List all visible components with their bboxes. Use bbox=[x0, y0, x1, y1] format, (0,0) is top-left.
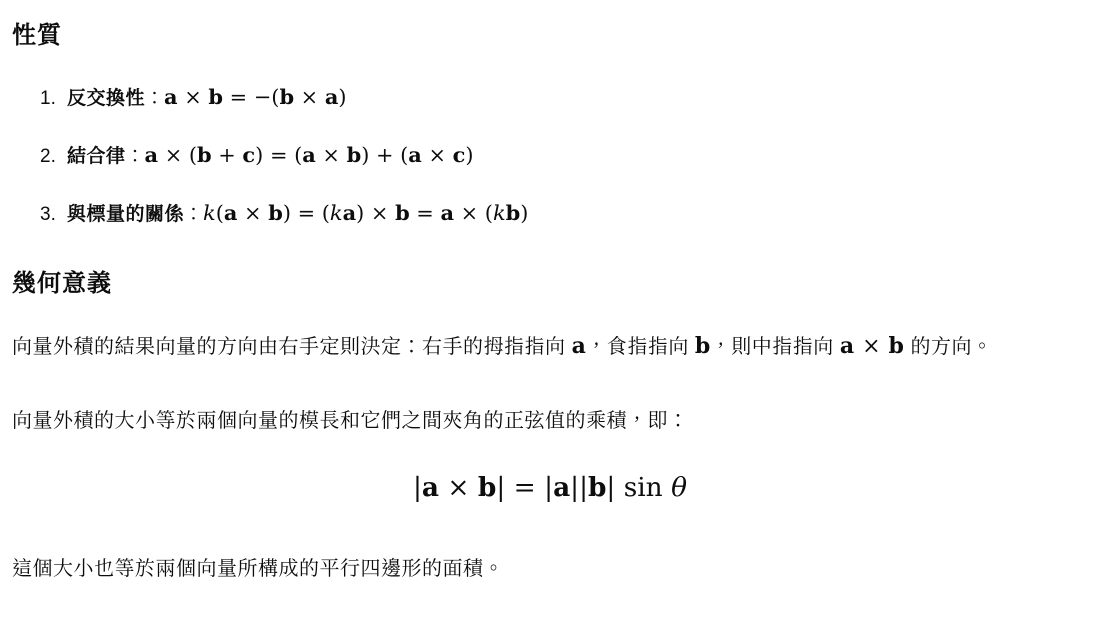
text-segment: ) = ( bbox=[283, 201, 330, 225]
text-segment: a bbox=[145, 142, 159, 167]
document-content: 性質 1. 反交換性：a × b = −(b × a) 2. 結合律：a × (… bbox=[0, 0, 1098, 614]
text-segment: a bbox=[553, 472, 570, 503]
formula-cross-product-magnitude: |a × b| = |a||b| sin θ bbox=[12, 472, 1088, 506]
text-segment: a bbox=[422, 472, 439, 503]
text-segment: b bbox=[279, 84, 294, 109]
text-segment: b bbox=[506, 200, 521, 225]
text-segment: θ bbox=[671, 472, 687, 503]
list-item-scalar-relation: 3. 與標量的關係：k(a × b) = (ka) × b = a × (kb) bbox=[12, 200, 1088, 230]
text-segment: a bbox=[164, 84, 178, 109]
list-item-colon: ： bbox=[126, 146, 145, 167]
math-formula-scalar-relation: k(a × b) = (ka) × b = a × (kb) bbox=[203, 204, 528, 225]
paragraph-magnitude: 向量外積的大小等於兩個向量的模長和它們之間夾角的正弦值的乘積，即： bbox=[12, 400, 1088, 442]
text-segment: + bbox=[212, 143, 243, 167]
list-item-number: 2. bbox=[40, 142, 56, 172]
list-item-label: 結合律 bbox=[67, 146, 126, 167]
list-item-colon: ： bbox=[145, 88, 164, 109]
text-segment: | bbox=[413, 472, 422, 503]
list-item-distributivity: 2. 結合律：a × (b + c) = (a × b) + (a × c) bbox=[12, 142, 1088, 172]
text-segment: a bbox=[302, 142, 316, 167]
text-segment: ) × bbox=[356, 201, 395, 225]
text-segment: a bbox=[343, 200, 357, 225]
text-segment: c bbox=[242, 142, 255, 167]
list-item-number: 3. bbox=[40, 200, 56, 230]
text-segment: ) = ( bbox=[255, 143, 302, 167]
math-formula-anticommutativity: a × b = −(b × a) bbox=[164, 88, 347, 109]
list-item-label: 與標量的關係 bbox=[67, 204, 184, 225]
text-segment: b bbox=[347, 142, 362, 167]
text-segment: × ( bbox=[454, 201, 493, 225]
text-segment: × bbox=[178, 85, 209, 109]
list-item-label: 反交換性 bbox=[67, 88, 145, 109]
text-segment: = −( bbox=[223, 85, 279, 109]
text-segment: ，則中指指向 bbox=[711, 336, 840, 358]
text-segment: 的方向。 bbox=[904, 336, 992, 358]
text-segment: ( bbox=[216, 201, 224, 225]
text-segment: × bbox=[316, 143, 347, 167]
document-page: { "colors": { "text": "#0d0d0d", "backgr… bbox=[0, 0, 1098, 639]
text-segment: b bbox=[268, 200, 283, 225]
list-item-number: 1. bbox=[40, 84, 56, 114]
list-item-colon: ： bbox=[184, 204, 203, 225]
text-segment: a bbox=[224, 200, 238, 225]
text-segment: k bbox=[330, 201, 343, 225]
text-segment: a bbox=[325, 84, 339, 109]
text-segment: b bbox=[478, 472, 496, 503]
text-segment: × bbox=[855, 334, 889, 359]
math-formula-distributivity: a × (b + c) = (a × b) + (a × c) bbox=[145, 146, 474, 167]
text-segment: b bbox=[695, 333, 711, 359]
list-item-anticommutativity: 1. 反交換性：a × b = −(b × a) bbox=[12, 84, 1088, 114]
text-segment: | = | bbox=[496, 472, 553, 503]
text-segment: a bbox=[572, 333, 587, 359]
text-segment: a bbox=[408, 142, 422, 167]
text-segment: × ( bbox=[158, 143, 197, 167]
text-segment: × bbox=[237, 201, 268, 225]
text-segment: = bbox=[410, 201, 441, 225]
text-segment: b bbox=[395, 200, 410, 225]
text-segment: ) bbox=[338, 85, 346, 109]
text-segment: a bbox=[440, 200, 454, 225]
text-segment: × bbox=[294, 85, 325, 109]
text-segment: ) bbox=[465, 143, 473, 167]
text-segment: | sin bbox=[606, 472, 671, 503]
section-heading-geometry: 幾何意義 bbox=[12, 268, 1088, 300]
text-segment: ) + ( bbox=[361, 143, 408, 167]
text-segment: 向量外積的結果向量的方向由右手定則決定：右手的拇指指向 bbox=[12, 336, 572, 358]
text-segment: k bbox=[493, 201, 506, 225]
paragraph-right-hand-rule: 向量外積的結果向量的方向由右手定則決定：右手的拇指指向 a，食指指向 b，則中指… bbox=[12, 326, 1088, 368]
text-segment: b bbox=[197, 142, 212, 167]
paragraph-parallelogram: 這個大小也等於兩個向量所構成的平行四邊形的面積。 bbox=[12, 548, 1088, 590]
text-segment: a bbox=[840, 333, 855, 359]
text-segment: b bbox=[889, 333, 905, 359]
section-heading-properties: 性質 bbox=[12, 20, 1088, 52]
properties-list: 1. 反交換性：a × b = −(b × a) 2. 結合律：a × (b +… bbox=[12, 84, 1088, 230]
text-segment: || bbox=[570, 472, 588, 503]
text-segment: b bbox=[208, 84, 223, 109]
text-segment: ，食指指向 bbox=[586, 336, 695, 358]
text-segment: k bbox=[203, 201, 216, 225]
text-segment: c bbox=[453, 142, 466, 167]
text-segment: × bbox=[422, 143, 453, 167]
text-segment: b bbox=[588, 472, 606, 503]
text-segment: × bbox=[439, 472, 478, 503]
text-segment: ) bbox=[520, 201, 528, 225]
